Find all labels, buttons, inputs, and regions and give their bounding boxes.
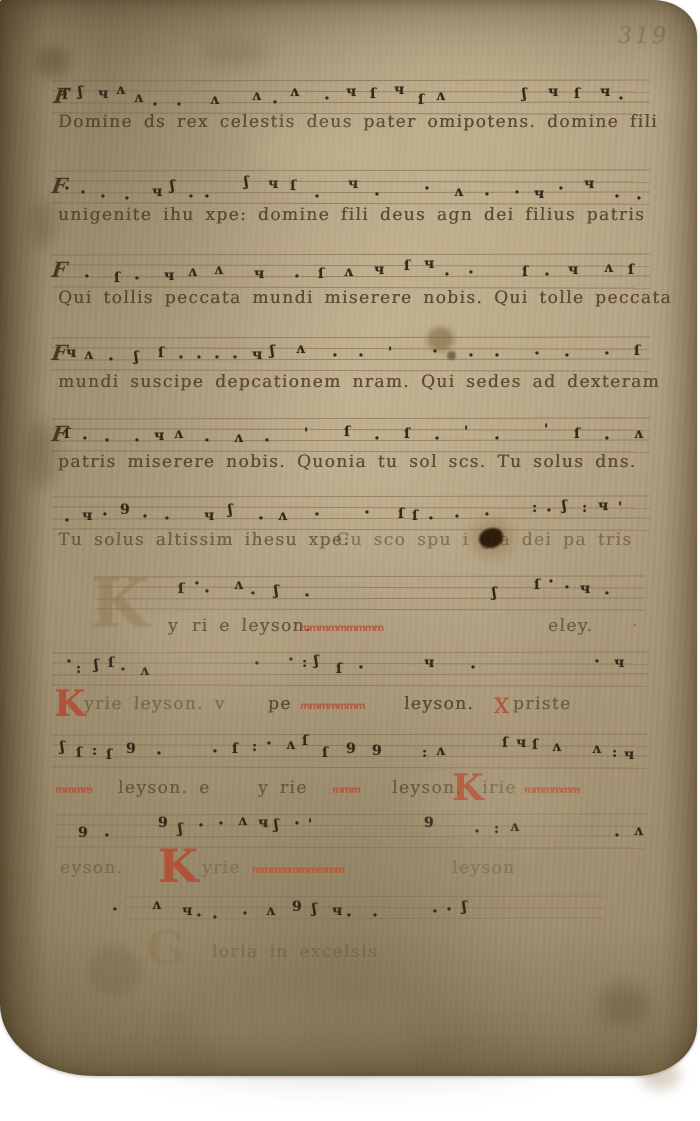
neume-mark: ſ [404,427,410,441]
lyric-text: Tu solus altissim ihesu xpe: [58,530,351,550]
staff-line [55,846,645,849]
staff-line [52,428,650,431]
neume-mark: ſ [232,742,238,756]
lyric-text: y [168,616,180,636]
neume-mark: ſ [370,87,376,101]
neume-mark: · [324,91,330,108]
neume-mark: ч [584,177,594,191]
neume-mark: · [604,586,610,603]
neume-mark: · [104,433,110,450]
neume-mark: · [314,507,320,524]
neume-mark: ч [98,87,108,101]
neume-mark: : [252,740,257,754]
neume-mark: · [84,269,90,286]
parchment-stain [88,946,140,996]
neume-mark: ' [308,818,312,832]
neume-mark: ч [374,263,384,277]
neume-mark: · [484,507,490,524]
neume-mark: · [454,509,460,526]
neume-mark: ſ [412,509,418,523]
neume-mark: ſ [290,179,296,193]
neume-mark: ʌ [592,742,601,756]
neume-mark: ſ [336,662,342,676]
lyric-text: patris miserere nobis. Quonia tu sol scs… [58,452,637,472]
neume-mark: · [218,816,224,833]
neume-mark: ч [534,187,544,201]
lyric-text: leyson. [392,778,463,798]
neume-mark: 9 [372,744,382,758]
neume-mark: · [102,507,108,524]
neume-mark: · [66,654,72,671]
neume-mark: · [432,904,438,921]
neume-mark: ' [544,423,548,437]
parchment-stain [150,1028,550,1078]
lyric-text: irie [482,778,517,798]
staff-line [52,253,650,255]
staff-line [95,608,645,610]
neume-mark: ʌ [510,820,519,834]
neume-mark: ʌ [436,744,445,758]
neume-mark: · [294,816,300,833]
neume-mark: ч [516,736,526,750]
neume-mark: · [204,189,210,206]
neume-mark: · [198,818,204,835]
neume-mark: · [374,431,380,448]
neume-mark: ſ [404,259,410,273]
staff-line [52,417,650,419]
staff-line [95,598,645,600]
lyric-text: eyson. [60,858,124,878]
neume-mark: ʌ [174,427,183,441]
neume-mark: ч [548,85,558,99]
neume-mark: ʃ [94,658,99,672]
neume-mark: ч [258,816,268,830]
parchment-stain [205,40,265,66]
neume-mark: · [444,267,450,284]
neume-mark: · [258,511,264,528]
neume-mark: ſ [398,507,404,521]
parchment-stain [420,760,580,840]
neume-mark: ʃ [228,503,233,517]
neume-mark: · [434,431,440,448]
folio-number: 319 [618,24,669,49]
neume-mark: · [242,906,248,923]
neume-mark: · [604,346,610,363]
neume-mark: · [548,574,554,591]
neume-mark: ʌ [234,578,243,592]
neume-mark: · [254,656,260,673]
neume-mark: ' [464,425,468,439]
neume-mark: ч [394,83,404,97]
neume-mark: : [612,746,617,760]
neume-mark: ч [624,748,634,762]
lyric-text: Domine ds rex celestis deus pater omipot… [58,112,659,132]
neume-mark: ' [304,427,308,441]
neume-mark: ʌ [188,265,197,279]
lyric-text: Cu sco spu i gla dei pa tris [336,530,633,550]
neume-mark: ч [600,85,610,99]
lyric-text: mundi suscipe depcationem nram. Qui sede… [58,372,661,392]
neume-mark: · [314,189,320,206]
lyric-text: leyson. e [118,778,211,798]
neume-mark: ʌ [210,93,219,107]
neume-mark: ſ [574,427,580,441]
line-filler: mmm [332,785,360,797]
neume-mark: · [196,908,202,925]
lyric-text: eley. [548,616,594,636]
neume-mark: · [332,348,338,365]
neume-mark: ч [348,177,358,191]
neume-mark: ʌ [140,664,149,678]
neume-mark: · [204,433,210,450]
neume-mark: · [134,271,140,288]
neume-mark: · [178,350,184,367]
neume-mark: · [266,736,272,753]
neume-mark: : [422,746,427,760]
neume-mark: 9 [292,900,302,914]
neume-mark: ʌ [552,740,561,754]
neume-mark: ʃ [134,350,139,364]
neume-mark: · [214,350,220,367]
neume-mark: · [364,505,370,522]
neume-mark: · [196,350,202,367]
staff-line [52,495,650,497]
neume-mark: ʌ [84,348,93,362]
neume-mark: ч [332,904,342,918]
neume-mark: ʃ [244,175,249,189]
neume-mark: ʌ [238,814,247,828]
neume-mark: ſ [522,265,528,279]
neume-mark: · [112,902,118,919]
staff-line [52,79,650,81]
neume-mark: · [424,181,430,198]
neume-mark: · [564,348,570,365]
neume-mark: 9 [158,816,168,830]
neume-mark: · [470,660,476,677]
neume-mark: ч [346,85,356,99]
neume-mark: ч [424,257,434,271]
neume-mark: 9 [424,816,434,830]
neume-mark: ſ [302,734,308,748]
lyric-text: pe [268,694,292,714]
neume-mark: · [120,662,126,679]
neume-mark: ʌ [436,89,445,103]
neume-mark: ч [580,582,590,596]
lyric-text: leyson [452,858,516,878]
neume-mark: · [468,348,474,365]
staff-line [52,766,648,769]
staff-line [52,336,650,338]
neume-mark: · [544,267,550,284]
neume-mark: ʌ [454,185,463,199]
neume-mark: ʃ [314,654,319,668]
neume-mark: · [232,350,238,367]
neume-mark: · [156,746,162,763]
neume-mark: · [358,348,364,365]
neume-mark: · [614,828,620,845]
neume-mark: ʌ [286,738,295,752]
neume-mark: · [494,431,500,448]
neume-mark: · [358,660,364,677]
neume-mark: ʌ [266,904,275,918]
neume-mark: · [80,185,86,202]
neume-mark: · [564,580,570,597]
staff-line [52,169,650,171]
neume-mark: ʃ [170,179,175,193]
neume-mark: ʌ [296,342,305,356]
neume-mark: ч [254,267,264,281]
staff-line [125,896,605,898]
lyric-text: yrie leyson. v [84,694,226,714]
line-filler: mmmmmmmmmm [252,865,345,877]
neume-mark: 9 [126,742,136,756]
neume-mark: ſ [108,656,114,670]
neume-mark: ſ [418,93,424,107]
lyric-text: leyson. [404,694,475,714]
neume-mark: · [100,189,106,206]
neume-mark: · [194,576,200,593]
neume-mark: ʃ [492,586,497,600]
neume-mark: ч [82,509,92,523]
neume-mark: ч [154,429,164,443]
neume-mark: ʌ [116,83,125,97]
neume-mark: ʌ [252,89,261,103]
lyric-text: X [494,694,511,719]
neume-mark: ʌ [214,263,223,277]
neume-mark: · [82,431,88,448]
staff-line [52,733,648,735]
staff-line [52,684,648,687]
neume-mark: ч [268,177,278,191]
neume-mark: · [288,652,294,669]
neume-mark: · [534,346,540,363]
neume-mark: · [614,189,620,206]
neume-mark: · [250,586,256,603]
neume-mark: ʃ [60,740,65,754]
lyric-text: · [632,616,640,636]
neume-mark: ч [424,656,434,670]
neume-mark: : [76,662,81,676]
neume-mark: ſ [322,746,328,760]
parchment-stain [640,1060,680,1090]
parchment-stain [598,983,650,1027]
neume-mark: ſ [114,271,120,285]
neume-mark: ʌ [134,91,143,105]
neume-mark: ч [152,185,162,199]
red-initial: K [158,846,198,887]
neume-mark: · [294,269,300,286]
parchment-stain [36,46,70,76]
neume-mark: 9 [346,742,356,756]
lyric-text: yrie [202,858,242,878]
neume-mark: ч [598,499,608,513]
neume-mark: · [346,908,352,925]
neume-mark: · [546,503,552,520]
neume-mark: ʌ [634,427,643,441]
neume-mark: ʌ [344,265,353,279]
neume-mark: · [108,352,114,369]
neume-mark: ſ [344,425,350,439]
neume-mark: ' [618,501,622,515]
neume-mark: ʃ [522,87,527,101]
neume-mark: · [164,511,170,528]
neume-mark: ч [204,509,214,523]
lyric-text: ri e leyson. [192,616,312,636]
lyric-text: Qui tollis peccata mundi miserere nobis.… [58,288,673,308]
neume-mark: ſ [502,736,508,750]
lyric-text: loria in excelsis [212,942,379,962]
line-filler: mmmmmmmmm [300,623,383,635]
lyric-text: priste [513,694,572,714]
neume-mark: : [302,656,307,670]
neume-mark: ʃ [78,85,83,99]
staff-line [52,439,650,441]
neume-mark: · [304,588,310,605]
neume-mark: ʃ [274,584,279,598]
neume-mark: ſ [76,746,82,760]
staff-line [55,835,645,837]
neume-mark: ' [388,346,392,360]
staff-line [52,651,648,653]
lyric-text: unigenite ihu xpe: domine fili deus agn … [58,205,646,225]
neume-mark: ſ [106,748,112,762]
neume-mark: ſ [64,427,70,441]
neume-mark: ſ [62,88,68,102]
neume-mark: ſ [634,344,640,358]
neume-mark: · [272,95,278,112]
neume-mark: ſ [574,87,580,101]
neume-mark: · [428,511,434,528]
neume-mark: ʌ [278,509,287,523]
neume-mark: ч [66,346,76,360]
ghost-initial: K [90,574,149,635]
neume-mark: ʌ [634,824,643,838]
neume-mark: · [372,908,378,925]
neume-mark: ſ [318,267,324,281]
neume-mark: · [374,187,380,204]
neume-mark: · [212,744,218,761]
neume-mark: · [618,91,624,108]
neume-mark: ʃ [562,499,567,513]
neume-mark: · [142,509,148,526]
manuscript-page: 319 Fſʃчʌʌ··ʌʌ·ʌ·чſчſʌʃчſч·Domine ds rex… [0,0,697,1076]
neume-mark: ſ [534,578,540,592]
neume-mark: ч [252,348,262,362]
neume-mark: ʌ [152,898,161,912]
clef-letter: F [51,259,69,280]
line-filler: mmmmmm [524,785,580,797]
neume-mark: ʌ [604,261,613,275]
neume-mark: : [532,501,537,515]
neume-mark: · [468,265,474,282]
neume-mark: ʃ [462,900,467,914]
neume-mark: · [558,181,564,198]
neume-mark: · [204,584,210,601]
parchment-stain [30,200,56,248]
neume-mark: : [92,744,97,758]
neume-mark: ʃ [274,818,279,832]
neume-mark: ʃ [312,902,317,916]
neume-mark: · [514,185,520,202]
neume-mark: · [64,181,70,198]
neume-mark: · [494,348,500,365]
neume-mark: · [484,187,490,204]
neume-mark: ſ [532,738,538,752]
neume-mark: · [432,344,438,361]
staff-line [55,813,645,815]
neume-mark: · [446,902,452,919]
neume-mark: 9 [78,826,88,840]
red-initial: K [54,688,85,720]
neume-mark: ʌ [234,431,243,445]
neume-mark: ч [164,269,174,283]
neume-mark: · [264,433,270,450]
neume-mark: · [134,433,140,450]
neume-mark: ʌ [290,85,299,99]
ghost-initial: G [146,928,185,969]
neume-mark: 9 [120,503,130,517]
neume-mark: : [494,822,499,836]
parchment-stain [200,1000,420,1070]
neume-mark: ſ [158,346,164,360]
neume-mark: · [604,431,610,448]
staff-line [95,576,645,578]
neume-mark: ſ [178,582,184,596]
staff-line [52,358,650,360]
neume-mark: ʃ [270,344,275,358]
neume-mark: ʃ [178,822,183,836]
neume-mark: · [594,654,600,671]
neume-mark: ч [568,263,578,277]
neume-mark: : [582,501,587,515]
staff-line [55,824,645,827]
line-filler: mmmmmmm [300,701,365,713]
neume-mark: · [474,824,480,841]
neume-mark: · [188,189,194,206]
neume-mark: · [104,828,110,845]
staff-line [52,347,650,350]
neume-mark: · [212,910,218,927]
neume-mark: ſ [628,263,634,277]
neume-mark: · [64,513,70,530]
neume-mark: ч [614,656,624,670]
line-filler: mmmm [55,785,92,797]
parchment-stain [447,351,456,360]
neume-mark: ч [182,904,192,918]
lyric-text: y rie [258,778,308,798]
